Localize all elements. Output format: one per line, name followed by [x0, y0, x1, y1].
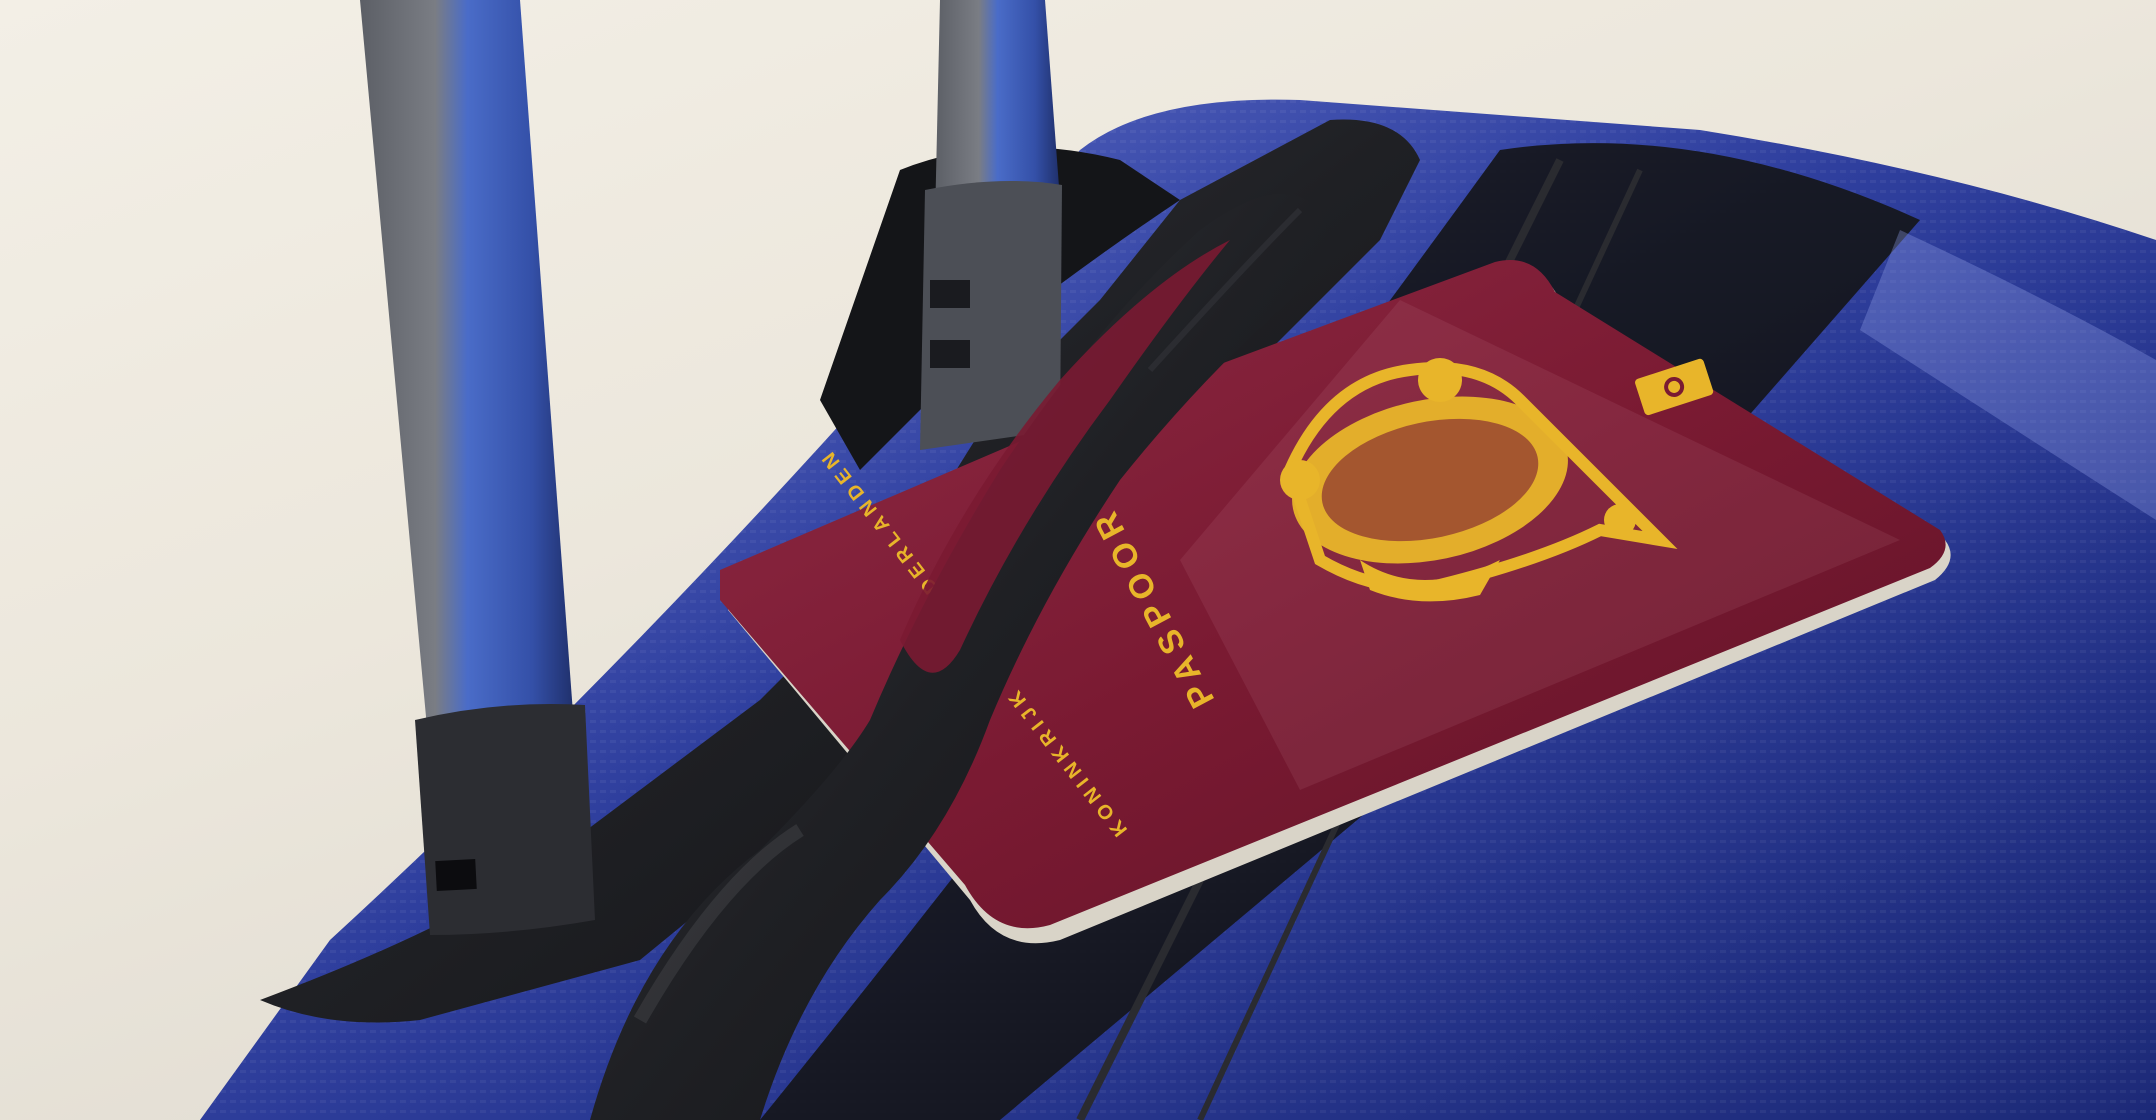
- scene-illustration: PASPOORT KONINKRIJK DER NEDERLANDEN: [0, 0, 2156, 1120]
- right-handle-pole: [920, 0, 1062, 450]
- photo-scene: PASPOORT KONINKRIJK DER NEDERLANDEN: [0, 0, 2156, 1120]
- left-handle-pole: [360, 0, 595, 935]
